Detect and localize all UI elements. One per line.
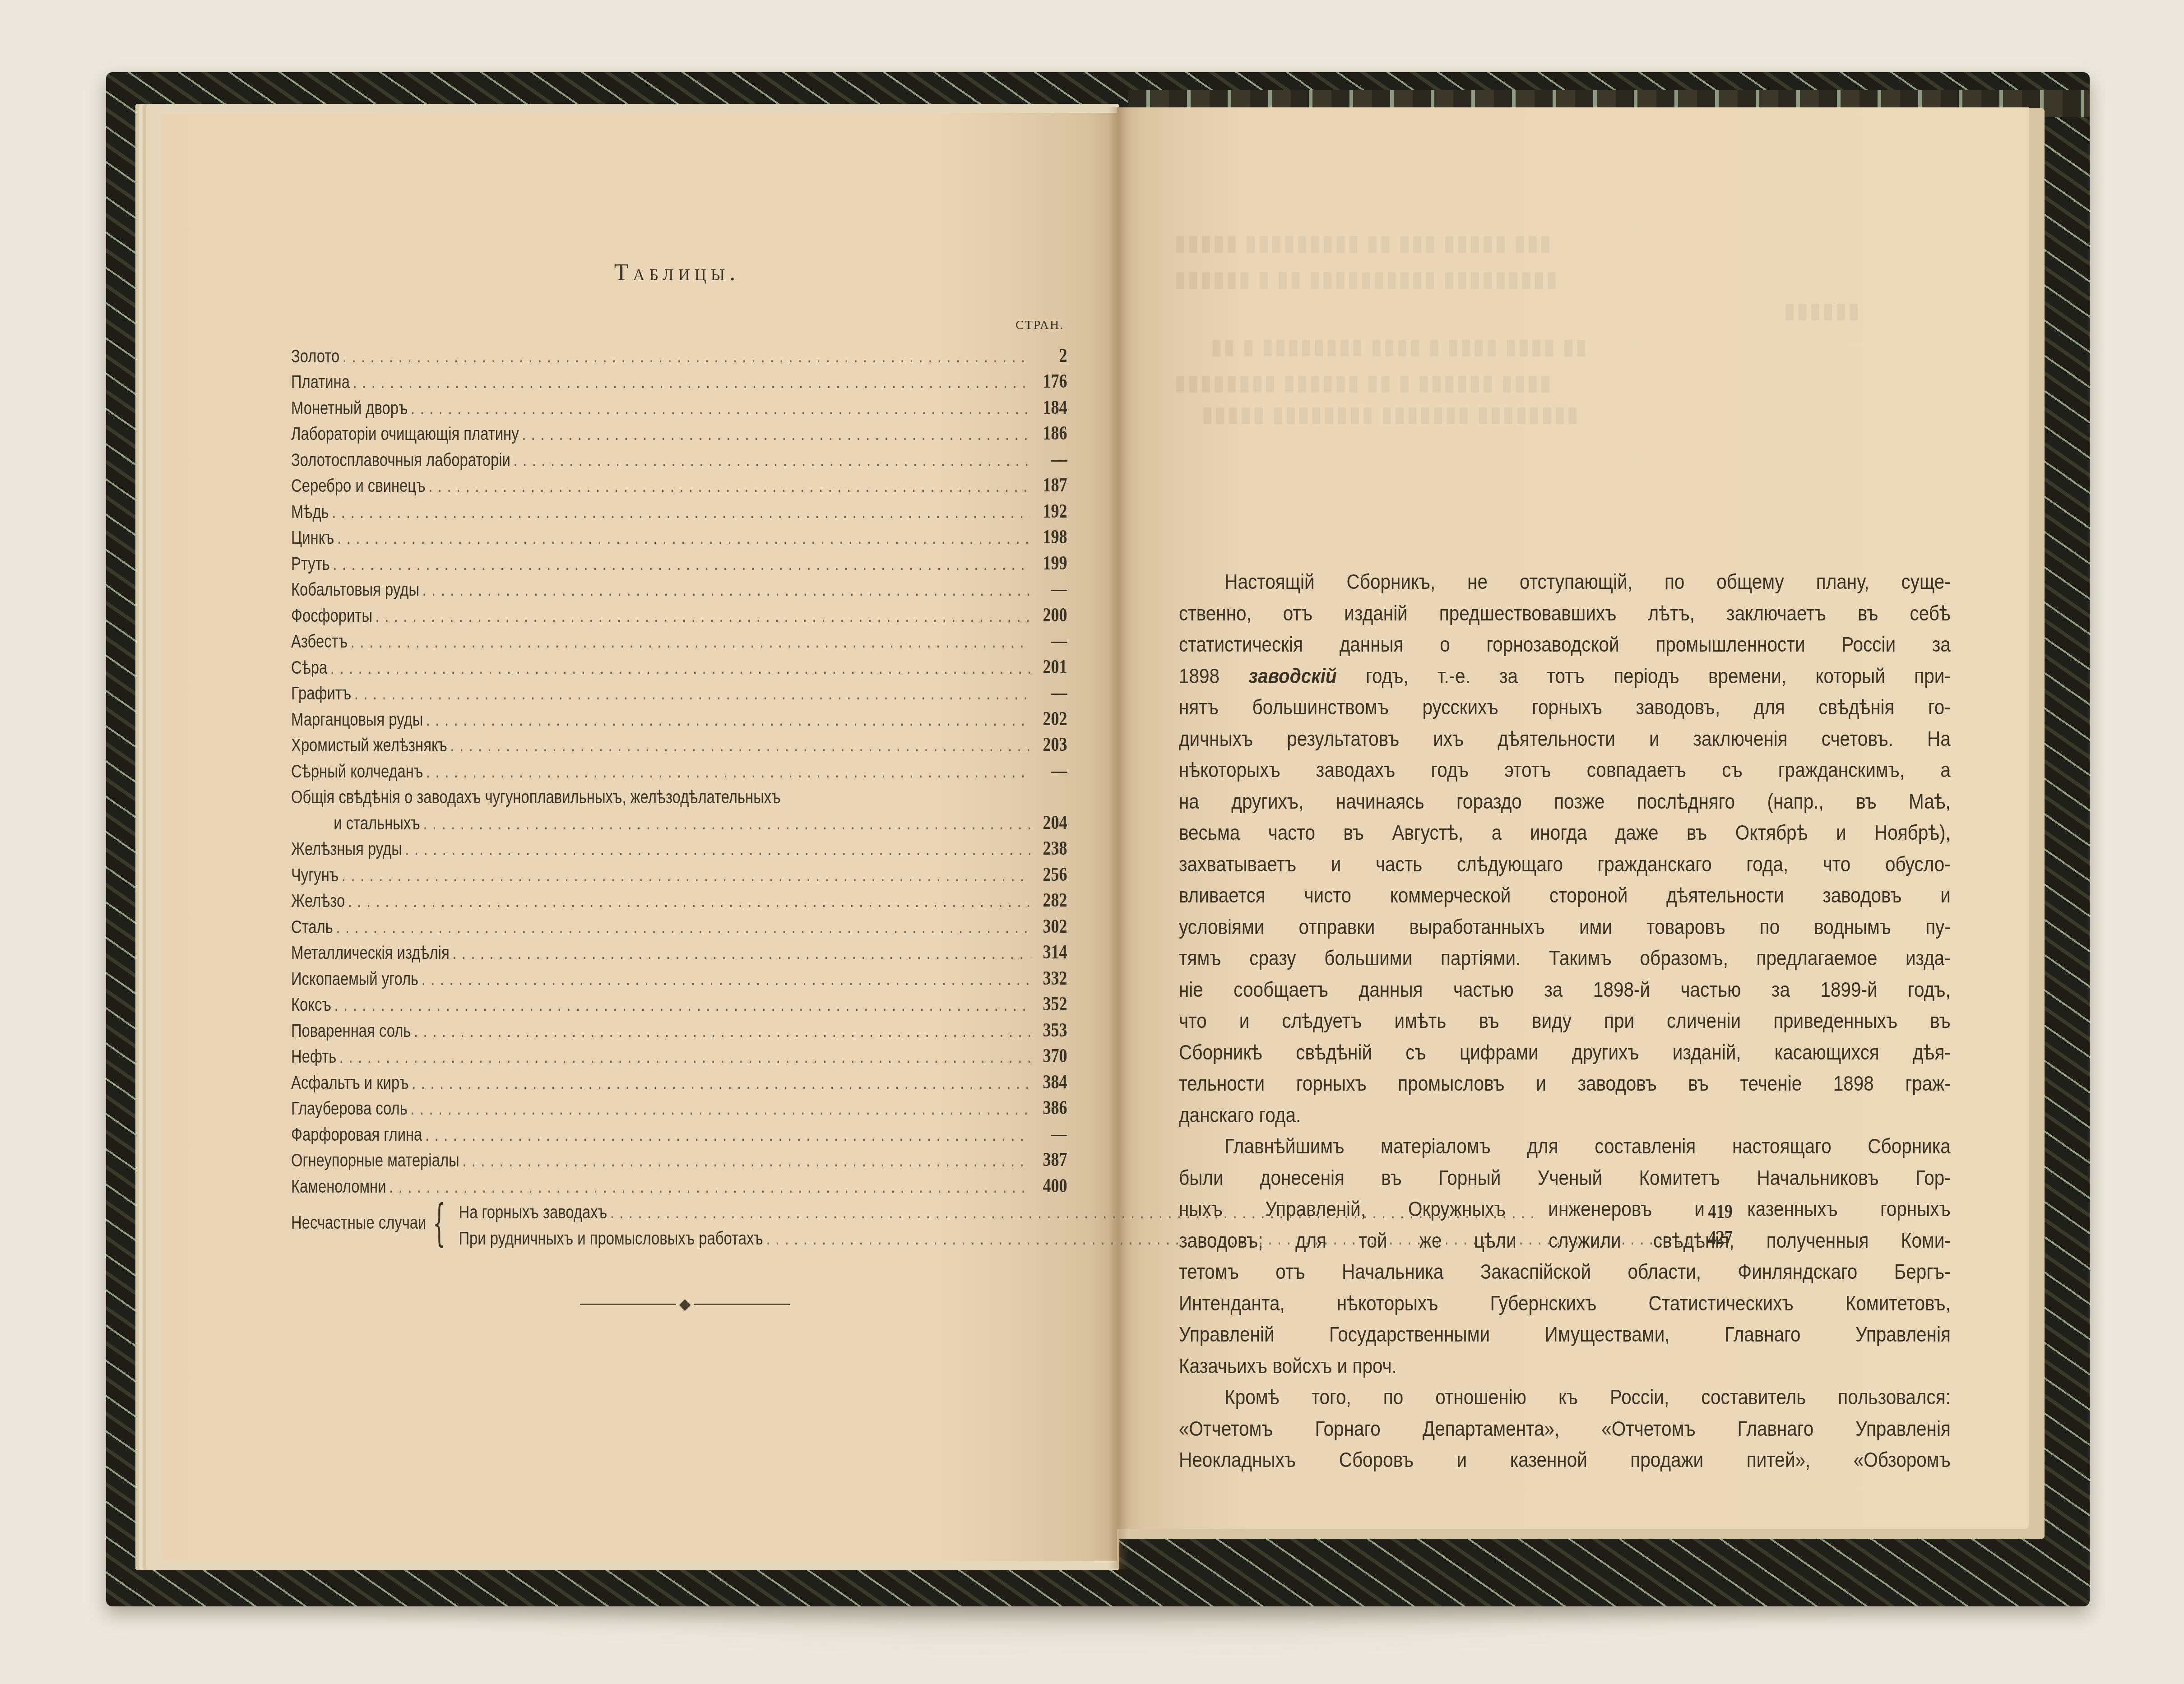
text-line: что и слѣдуетъ имѣть въ виду при сличені… (1179, 1005, 1951, 1037)
toc-group-label: Несчастные случаи (291, 1213, 426, 1233)
leader-dots: ........................................… (332, 502, 1030, 523)
divider-line (694, 1304, 790, 1305)
text-line: данскаго года. (1179, 1100, 1951, 1131)
toc-entry[interactable]: Хромистый желѣзнякъ.....................… (291, 730, 1067, 756)
text-line: тетомъ отъ Начальника Закаспійской облас… (1179, 1256, 1951, 1288)
text-line: Неокладныхъ Сборовъ и казенной продажи п… (1179, 1444, 1951, 1476)
page-number: — (1030, 448, 1067, 471)
page-number: 2 (1030, 344, 1067, 367)
page-number: 332 (1030, 967, 1067, 990)
toc-entry[interactable]: Сѣрный колчеданъ........................… (291, 756, 1067, 782)
page-number: 187 (1030, 473, 1067, 496)
page-number: 238 (1030, 837, 1067, 860)
page-number: 386 (1030, 1096, 1067, 1119)
page-number: — (1030, 577, 1067, 600)
leader-dots: ........................................… (422, 580, 1030, 600)
text-line: тямъ сразу большими партіями. Такимъ обр… (1179, 943, 1951, 974)
leader-dots: ........................................… (354, 684, 1030, 704)
toc-entry[interactable]: Ископаемый уголь........................… (291, 963, 1067, 990)
toc-entry[interactable]: Мѣдь....................................… (291, 496, 1067, 523)
page-number: 186 (1030, 421, 1067, 444)
toc-entry[interactable]: Графитъ.................................… (291, 678, 1067, 704)
toc-entry[interactable]: Фосфориты...............................… (291, 600, 1067, 626)
divider-line (580, 1304, 676, 1305)
page-number: 184 (1030, 396, 1067, 419)
leader-dots: ........................................… (423, 814, 1030, 834)
page-number: 282 (1030, 888, 1067, 911)
leader-dots: ........................................… (376, 606, 1030, 626)
toc-entry[interactable]: Платина.................................… (291, 367, 1067, 393)
toc-entry[interactable]: Серебро и свинецъ.......................… (291, 471, 1067, 497)
text-line: «Отчетомъ Горнаго Департамента», «Отчето… (1179, 1413, 1951, 1445)
leader-dots: ........................................… (348, 891, 1030, 911)
page-number: — (1030, 629, 1067, 652)
leader-dots: ........................................… (334, 995, 1030, 1015)
page-number: — (1030, 1122, 1067, 1145)
toc-entry[interactable]: Поваренная соль.........................… (291, 1015, 1067, 1041)
leader-dots: ........................................… (426, 762, 1030, 782)
toc-entry[interactable]: Золотосплавочныя лабораторіи............… (291, 444, 1067, 471)
emphasized-word: заводскій (1248, 664, 1336, 688)
leader-dots: ........................................… (410, 1099, 1030, 1119)
book-gutter (1108, 107, 1128, 1569)
text-line: Интенданта, нѣкоторыхъ Губернскихъ Стати… (1179, 1288, 1951, 1319)
page-number: 198 (1030, 525, 1067, 548)
leader-dots: ........................................… (514, 450, 1030, 471)
page-number: 199 (1030, 551, 1067, 574)
text-line: весьма часто въ Августѣ, а иногда даже в… (1179, 817, 1951, 849)
text-line: статистическія данныя о горнозаводской п… (1179, 629, 1951, 661)
leader-dots: ........................................… (333, 554, 1030, 574)
text-line: Настоящій Сборникъ, не отступающій, по о… (1179, 566, 1951, 598)
toc-entry[interactable]: Золото..................................… (291, 341, 1067, 367)
text-line: 1898 заводскій годъ, т.-е. за тотъ періо… (1179, 661, 1951, 692)
toc-entry[interactable]: Лабораторіи очищающія платину...........… (291, 419, 1067, 445)
text-line: Сборникѣ свѣдѣній съ цифрами другихъ изд… (1179, 1037, 1951, 1069)
toc-entry[interactable]: Металлическія издѣлія...................… (291, 938, 1067, 964)
page-number: 256 (1030, 863, 1067, 886)
toc-entry[interactable]: Кобальтовыя руды........................… (291, 574, 1067, 601)
page-number: 400 (1030, 1174, 1067, 1197)
leader-dots: ........................................… (405, 839, 1030, 860)
bleed-through-text: ▮▮▮▮ ▮▮▮▮▮▮ ▮ ▮▮ ▮▮▮▮▮▮ ▮▮▮▮▮▮▮▮ (1173, 370, 1551, 395)
leader-dots: ........................................… (462, 1151, 1030, 1171)
page-number: 176 (1030, 370, 1067, 393)
leader-dots: ........................................… (414, 1021, 1030, 1041)
leader-dots: ........................................… (452, 943, 1030, 963)
text-line: Казачьихъ войсхъ и проч. (1179, 1351, 1951, 1382)
page-number: 314 (1030, 940, 1067, 963)
toc-title: Таблицы. (587, 259, 767, 286)
page-number: 353 (1030, 1018, 1067, 1041)
leader-dots: ........................................… (428, 476, 1030, 496)
page-number: 384 (1030, 1070, 1067, 1093)
toc-entry[interactable]: Желѣзныя руды...........................… (291, 834, 1067, 860)
bleed-through-text: ▮▮▮▮▮▮▮▮▮ ▮▮▮▮▮▮▮▮▮▮ ▮▮ ▮ ▮▮▮▮▮▮ (1173, 266, 1558, 291)
leader-dots: ........................................… (411, 398, 1030, 419)
toc-entry[interactable]: Азбестъ.................................… (291, 626, 1067, 652)
curly-brace-icon: { (433, 1198, 446, 1248)
toc-entry[interactable]: Глауберова соль.........................… (291, 1093, 1067, 1120)
leader-dots: ........................................… (351, 632, 1030, 652)
text-line: ственно, отъ изданій предшествовавшихъ л… (1179, 598, 1951, 629)
page-column-header: СТРАН. (1015, 318, 1064, 333)
fleuron-icon: ◆ (676, 1295, 693, 1313)
text-line: условіями отправки выработанныхъ ими тов… (1179, 911, 1951, 943)
toc-entry[interactable]: Общія свѣдѣнія о заводахъ чугуноплавильн… (291, 782, 1067, 808)
bleed-through-text: ▮▮▮▮▮▮▮▮ ▮▮▮▮▮▮▮ ▮▮▮▮▮▮▮▮ ▮▮▮▮▮ (1201, 402, 1579, 427)
text-line: нѣкоторыхъ заводахъ годъ этотъ совпадает… (1179, 754, 1951, 786)
bleed-through-text: ▮▮ ▮▮▮▮ ▮▮▮▮ ▮ ▮▮▮▮ ▮▮▮▮▮▮▮▮ ▮ ▮▮ (1210, 334, 1587, 359)
text-line: вливается чисто коммерческой стороной дѣ… (1179, 880, 1951, 911)
text-line: на другихъ, начинаясь гораздо позже посл… (1179, 786, 1951, 818)
page-number: 302 (1030, 915, 1067, 938)
page-number: 201 (1030, 655, 1067, 678)
leader-dots: ........................................… (342, 865, 1030, 886)
leader-dots: ........................................… (389, 1177, 1030, 1197)
text-line: ніе сообщаетъ данныя частью за 1898-й ча… (1179, 974, 1951, 1006)
toc-entry[interactable]: Марганцовыя руды........................… (291, 704, 1067, 730)
toc-entry[interactable]: Сталь...................................… (291, 911, 1067, 938)
leader-dots: ........................................… (330, 658, 1030, 678)
leader-dots: ........................................… (450, 736, 1030, 756)
page-number: 200 (1030, 603, 1067, 626)
decorative-divider: ◆ (580, 1297, 790, 1311)
page-number: 387 (1030, 1148, 1067, 1171)
preface-text: Настоящій Сборникъ, не отступающій, по о… (1179, 566, 1951, 1476)
text-line: тельности горныхъ промысловъ и заводовъ … (1179, 1068, 1951, 1100)
page-number: 370 (1030, 1044, 1067, 1067)
toc-entry[interactable]: Огнеупорные матеріалы...................… (291, 1145, 1067, 1171)
toc-entry[interactable]: Каменоломни.............................… (291, 1171, 1067, 1197)
text-line: Управленій Государственными Имуществами,… (1179, 1319, 1951, 1351)
page-number: 202 (1030, 707, 1067, 730)
text-line: Кромѣ того, по отношенію къ Россіи, сост… (1179, 1382, 1951, 1413)
bleed-through-text: ▮▮▮ ▮▮▮▮▮ ▮▮▮ ▮▮ ▮▮▮▮▮▮▮▮▮ ▮▮▮▮▮ (1173, 230, 1551, 255)
toc-list: Золото..................................… (291, 341, 1067, 1249)
page-number: 204 (1030, 811, 1067, 834)
leader-dots: ........................................… (522, 424, 1030, 444)
page-number: 352 (1030, 992, 1067, 1015)
text-line: нятъ большинствомъ русскихъ горныхъ заво… (1179, 692, 1951, 723)
text-line: Главнѣйшимъ матеріаломъ для составленія … (1179, 1131, 1951, 1162)
leader-dots: ........................................… (337, 528, 1030, 548)
toc-entry-continuation[interactable]: и стальныхъ.............................… (291, 808, 1067, 834)
toc-entry[interactable]: Чугунъ..................................… (291, 860, 1067, 886)
page-number: 192 (1030, 500, 1067, 523)
text-line: захватываетъ и часть слѣдующаго гражданс… (1179, 849, 1951, 880)
toc-entry[interactable]: Монетный дворъ..........................… (291, 393, 1067, 419)
leader-dots: ........................................… (343, 347, 1030, 367)
text-line: ныхъ Управленій, Окружныхъ инженеровъ и … (1179, 1194, 1951, 1225)
page-number: — (1030, 681, 1067, 704)
toc-entry[interactable]: Сѣра....................................… (291, 652, 1067, 678)
toc-entry[interactable]: Асфальтъ и киръ.........................… (291, 1067, 1067, 1093)
toc-entry[interactable]: Нефть...................................… (291, 1041, 1067, 1068)
text-line: были донесенія въ Горный Ученый Комитетъ… (1179, 1162, 1951, 1194)
page-number: — (1030, 759, 1067, 782)
toc-entry[interactable]: Цинкъ...................................… (291, 523, 1067, 549)
toc-group-accidents: Несчастные случаи { На горныхъ заводахъ.… (291, 1197, 1067, 1249)
leader-dots: ........................................… (339, 1047, 1030, 1067)
toc-entry[interactable]: Желѣзо..................................… (291, 886, 1067, 912)
leader-dots: ........................................… (412, 1073, 1030, 1093)
text-line: дичныхъ результатовъ ихъ дѣятельности и … (1179, 723, 1951, 755)
toc-entry[interactable]: Фарфоровая глина........................… (291, 1119, 1067, 1145)
bleed-through-text: ▮▮▮▮▮▮ (1783, 298, 1859, 323)
leader-dots: ........................................… (353, 372, 1030, 393)
leader-dots: ........................................… (422, 969, 1030, 990)
leader-dots: ........................................… (426, 710, 1030, 730)
page-number: 203 (1030, 733, 1067, 756)
text-line: заводовъ; для той же цѣли служили свѣдѣн… (1179, 1225, 1951, 1257)
leader-dots: ........................................… (336, 917, 1030, 938)
leader-dots: ........................................… (425, 1125, 1030, 1145)
toc-entry[interactable]: Коксъ...................................… (291, 990, 1067, 1016)
toc-entry[interactable]: Ртуть...................................… (291, 548, 1067, 574)
